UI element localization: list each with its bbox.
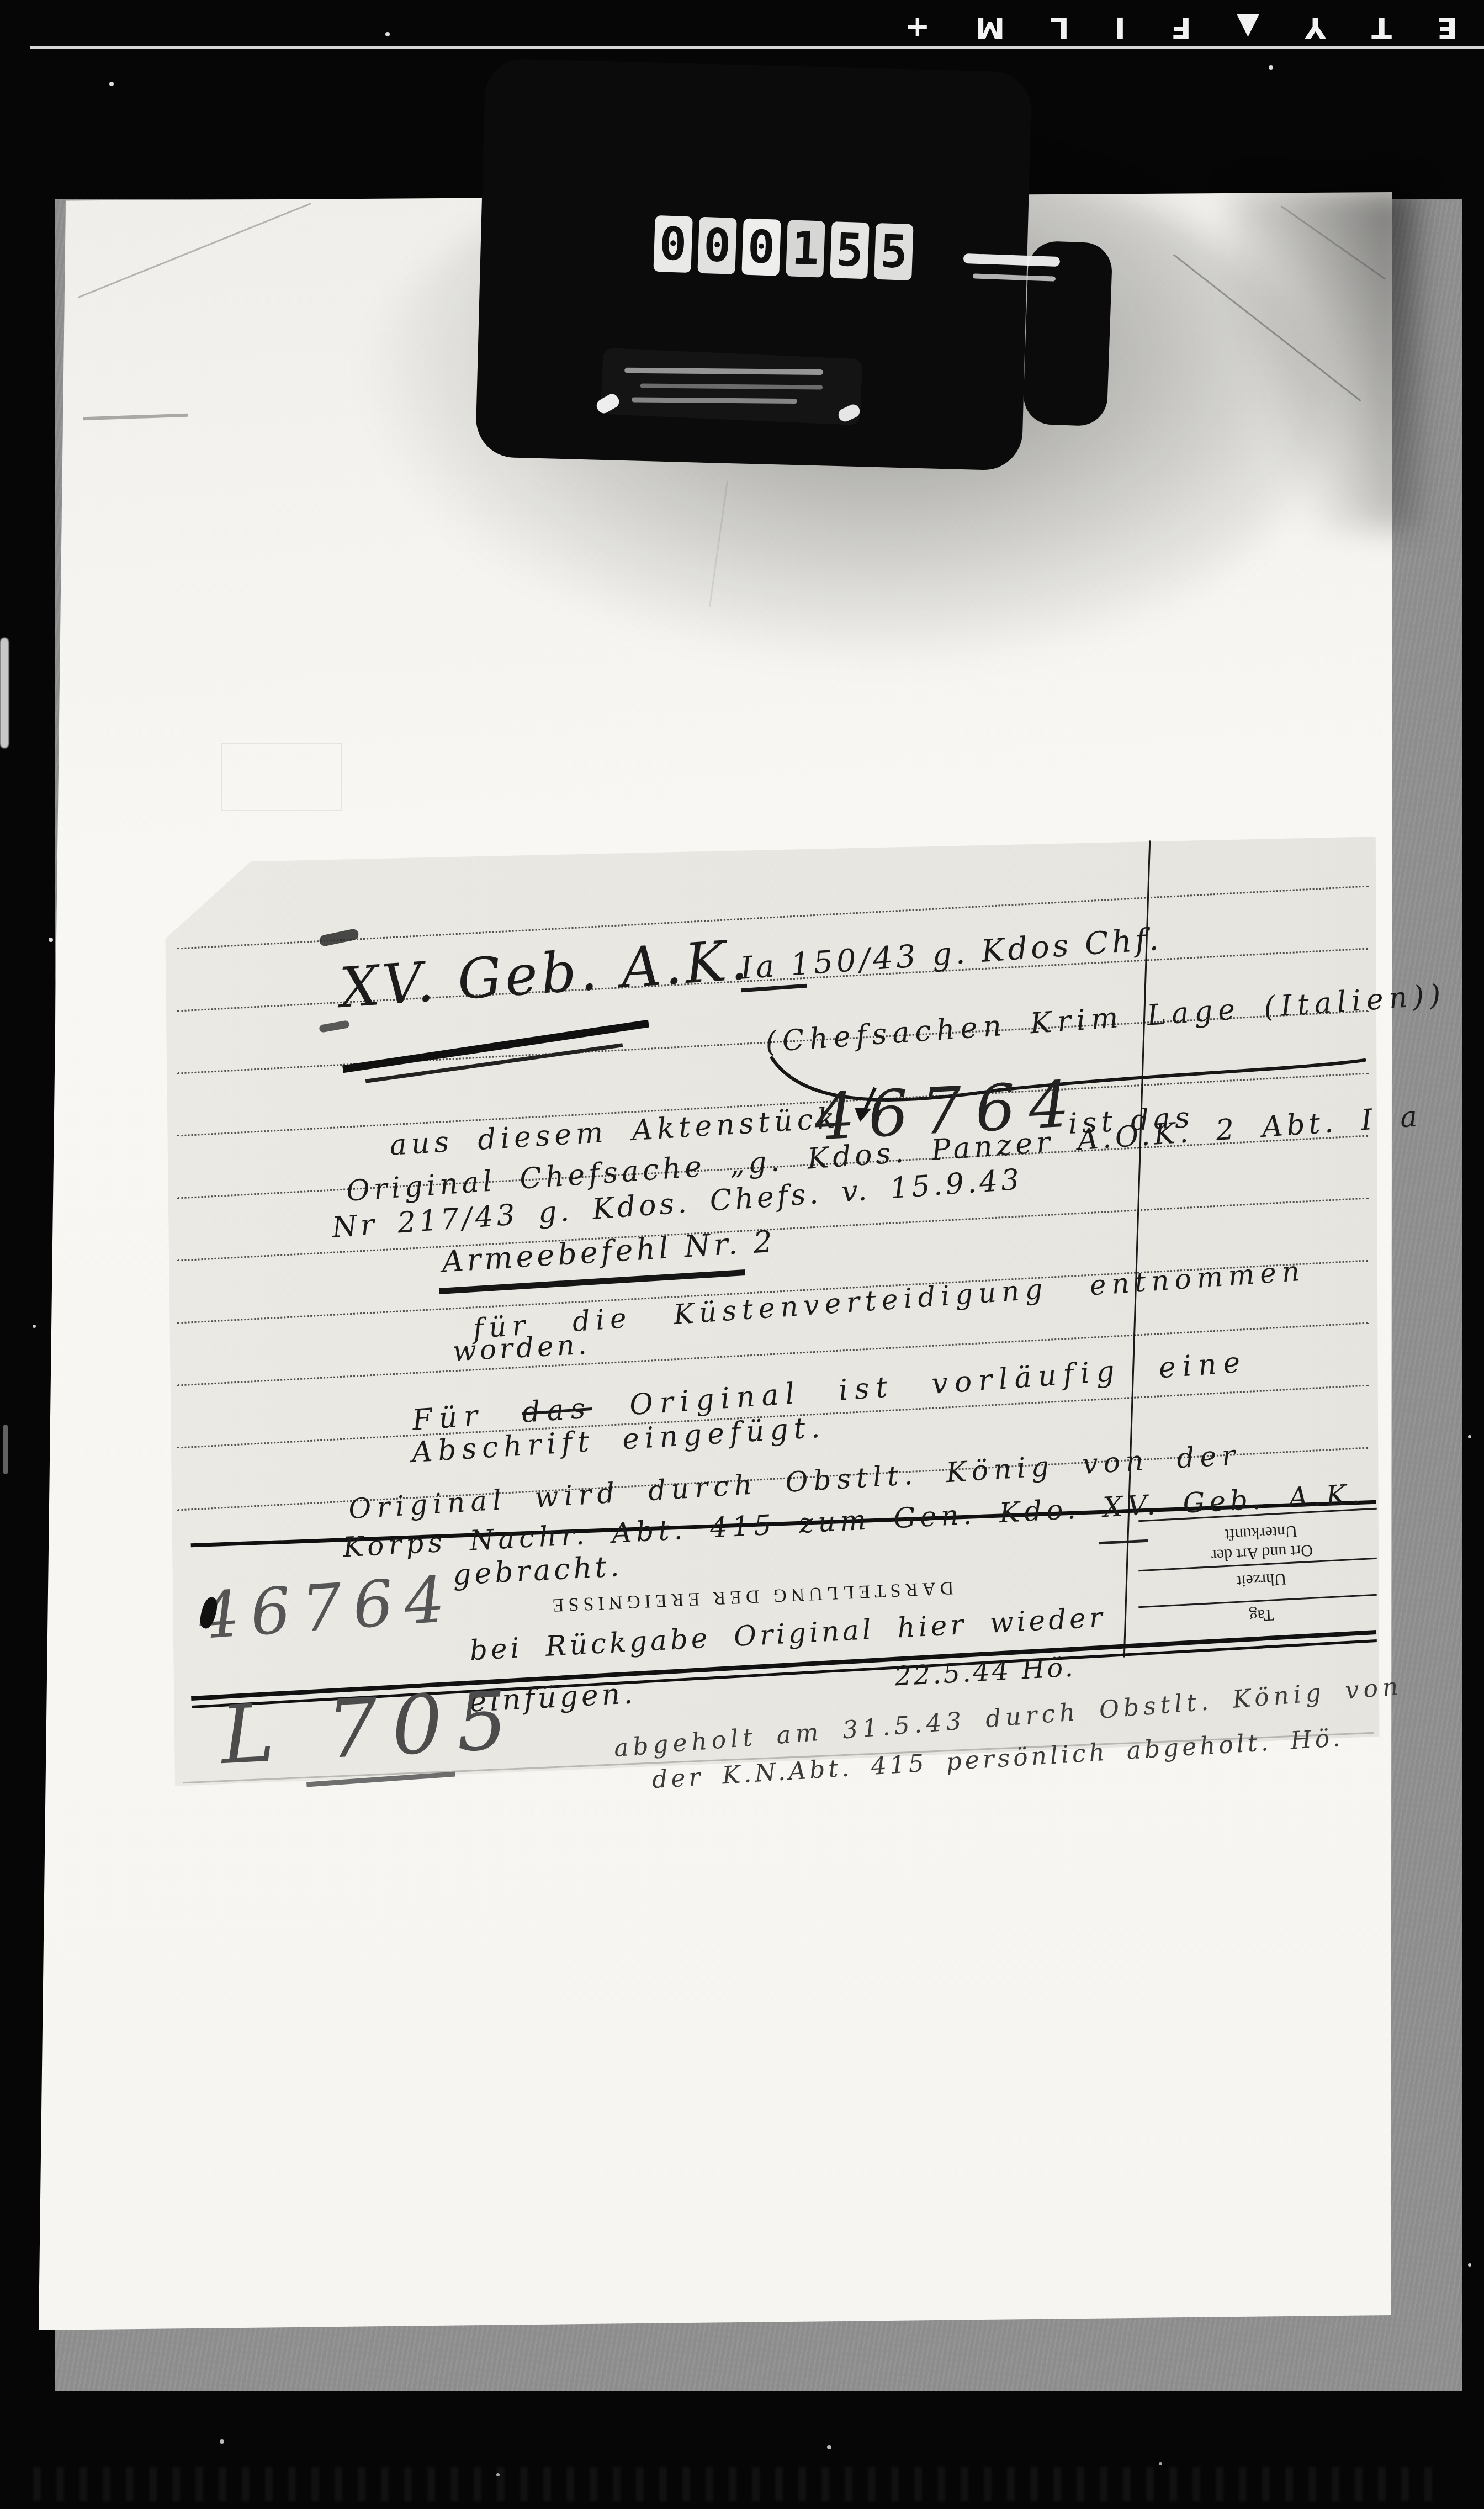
corner-shadow bbox=[1231, 188, 1413, 530]
counter-digit: 0 bbox=[741, 218, 781, 276]
film-edge-text: ETY▲FILM+ bbox=[762, 4, 1457, 45]
word: Für bbox=[411, 1399, 485, 1437]
film-scratch bbox=[0, 638, 9, 748]
film-bottom-noise bbox=[33, 2467, 1446, 2501]
counter-digit: 1 bbox=[786, 220, 825, 277]
counter-digit: 0 bbox=[697, 217, 737, 274]
microfilm-frame: ETY▲FILM+ 0 0 0 1 5 5 bbox=[0, 0, 1484, 2509]
film-edge-line bbox=[30, 46, 1484, 49]
counter-digit: 5 bbox=[830, 221, 870, 279]
pencil-code: L 705 bbox=[219, 1674, 523, 1782]
counter-label-plate bbox=[601, 348, 863, 425]
counter-knob bbox=[1022, 240, 1112, 426]
struck-word: das bbox=[521, 1391, 593, 1430]
plate-glint bbox=[624, 368, 823, 375]
counter-digit: 5 bbox=[874, 223, 914, 280]
film-dust-specks bbox=[0, 0, 2, 2]
plate-glint bbox=[640, 384, 823, 390]
counter-digit-window: 0 0 0 1 5 5 bbox=[653, 215, 913, 280]
film-scratch bbox=[3, 1425, 8, 1474]
counter-digit: 0 bbox=[653, 215, 693, 273]
plate-glint bbox=[632, 397, 797, 404]
faint-stamp-outline bbox=[221, 743, 342, 811]
